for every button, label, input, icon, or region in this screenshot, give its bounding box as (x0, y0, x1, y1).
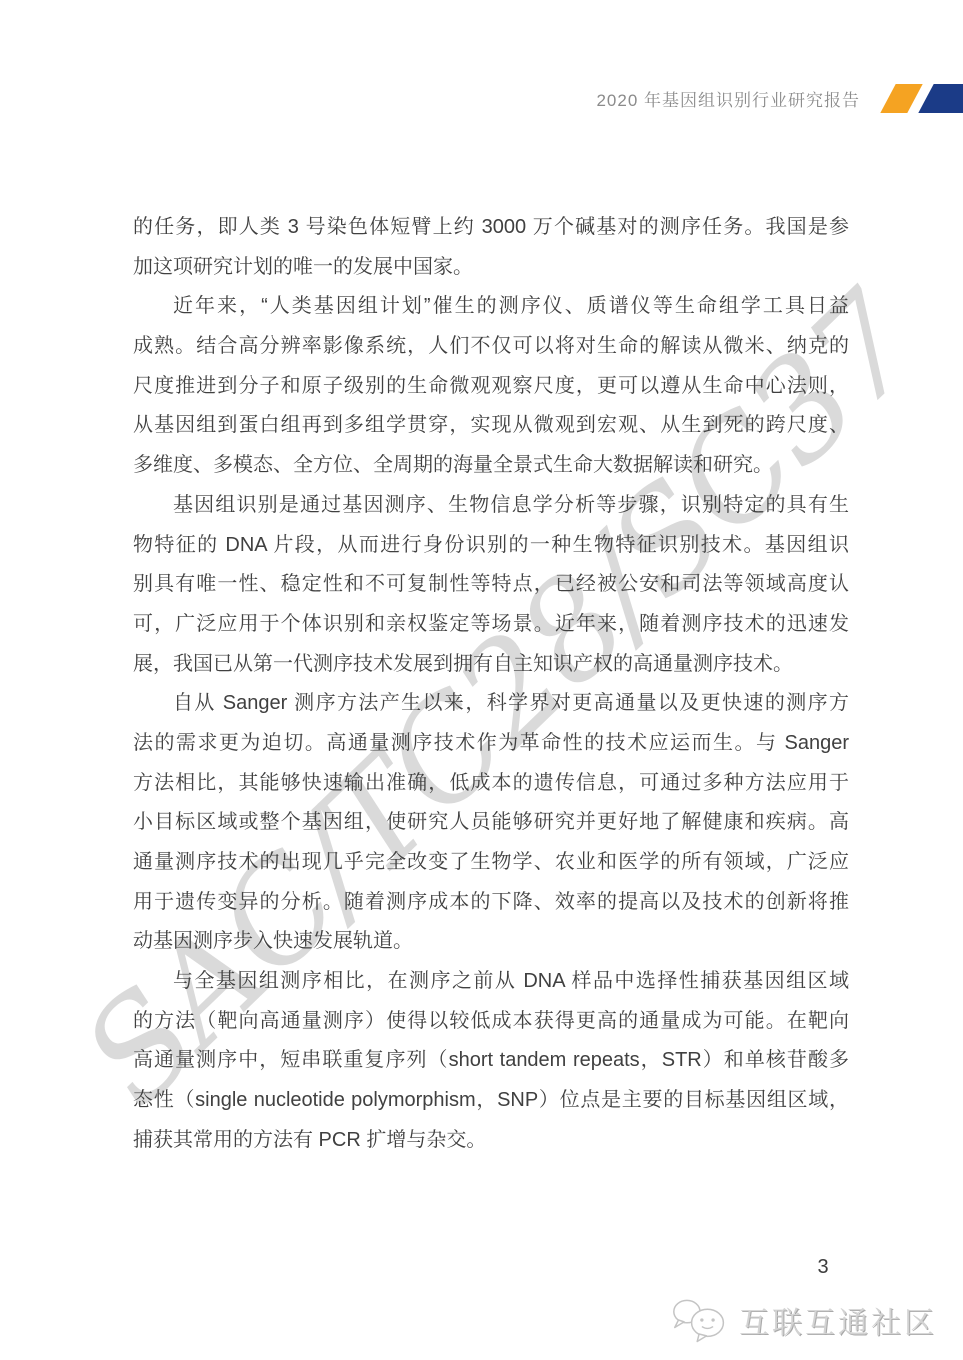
body-line-p4-l3: 方法相比，其能够快速输出准确，低成本的遗传信息，可通过多种方法应用于 (133, 764, 849, 804)
footer-logo: 互联互通社区 (671, 1296, 937, 1344)
body-line-p1-l2: 加这项研究计划的唯一的发展中国家。 (133, 248, 849, 288)
header-accent-navy-parallelogram (918, 84, 963, 113)
body-line-p3-l2: 物特征的 DNA 片段，从而进行身份识别的一种生物特征识别技术。基因组识 (133, 526, 849, 566)
body-line-p5-l1: 与全基因组测序相比，在测序之前从 DNA 样品中选择性捕获基因组区域 (133, 962, 849, 1002)
body-line-p4-l4: 小目标区域或整个基因组，使研究人员能够研究并更好地了解健康和疾病。高 (133, 803, 849, 843)
body-line-p3-l3: 别具有唯一性、稳定性和不可复制性等特点，已经被公安和司法等领域高度认 (133, 565, 849, 605)
report-header-title: 2020 年基因组识别行业研究报告 (596, 86, 860, 111)
body-line-p4-l2: 法的需求更为迫切。高通量测序技术作为革命性的技术应运而生。与 Sanger (133, 724, 849, 764)
body-line-p2-l5: 多维度、多模态、全方位、全周期的海量全景式生命大数据解读和研究。 (133, 446, 849, 486)
body-line-p1-l1: 的任务，即人类 3 号染色体短臂上约 3000 万个碱基对的测序任务。我国是参 (133, 208, 849, 248)
body-line-p3-l4: 可，广泛应用于个体识别和亲权鉴定等场景。近年来，随着测序技术的迅速发 (133, 605, 849, 645)
body-line-p5-l4: 态性（single nucleotide polymorphism，SNP）位点… (133, 1081, 849, 1121)
body-line-p3-l1: 基因组识别是通过基因测序、生物信息学分析等步骤，识别特定的具有生 (133, 486, 849, 526)
body-line-p3-l5: 展，我国已从第一代测序技术发展到拥有自主知识产权的高通量测序技术。 (133, 645, 849, 685)
body-line-p5-l2: 的方法（靶向高通量测序）使得以较低成本获得更高的通量成为可能。在靶向 (133, 1002, 849, 1042)
body-line-p4-l5: 通量测序技术的出现几乎完全改变了生物学、农业和医学的所有领域，广泛应 (133, 843, 849, 883)
report-page: 2020 年基因组识别行业研究报告 SAC/TC28/SC37 的任务，即人类 … (0, 0, 963, 1360)
footer-logo-text: 互联互通社区 (739, 1298, 937, 1342)
body-line-p2-l1: 近年来，“人类基因组计划”催生的测序仪、质谱仪等生命组学工具日益 (133, 287, 849, 327)
body-line-p2-l2: 成熟。结合高分辨率影像系统，人们不仅可以将对生命的解读从微米、纳克的 (133, 327, 849, 367)
body-line-p5-l5: 捕获其常用的方法有 PCR 扩增与杂交。 (133, 1121, 849, 1161)
body-line-p4-l7: 动基因测序步入快速发展轨道。 (133, 922, 849, 962)
page-number: 3 (808, 1256, 838, 1279)
body-line-p2-l4: 从基因组到蛋白组再到多组学贯穿，实现从微观到宏观、从生到死的跨尺度、 (133, 406, 849, 446)
header-accent-orange-parallelogram (880, 84, 922, 113)
body-line-p4-l6: 用于遗传变异的分析。随着测序成本的下降、效率的提高以及技术的创新将推 (133, 883, 849, 923)
wechat-bubbles-icon (671, 1296, 729, 1344)
body-line-p5-l3: 高通量测序中，短串联重复序列（short tandem repeats，STR）… (133, 1041, 849, 1081)
body-line-p4-l1: 自从 Sanger 测序方法产生以来，科学界对更高通量以及更快速的测序方 (133, 684, 849, 724)
body-text: 的任务，即人类 3 号染色体短臂上约 3000 万个碱基对的测序任务。我国是参加… (133, 208, 849, 1161)
body-line-p2-l3: 尺度推进到分子和原子级别的生命微观观察尺度，更可以遵从生命中心法则， (133, 367, 849, 407)
